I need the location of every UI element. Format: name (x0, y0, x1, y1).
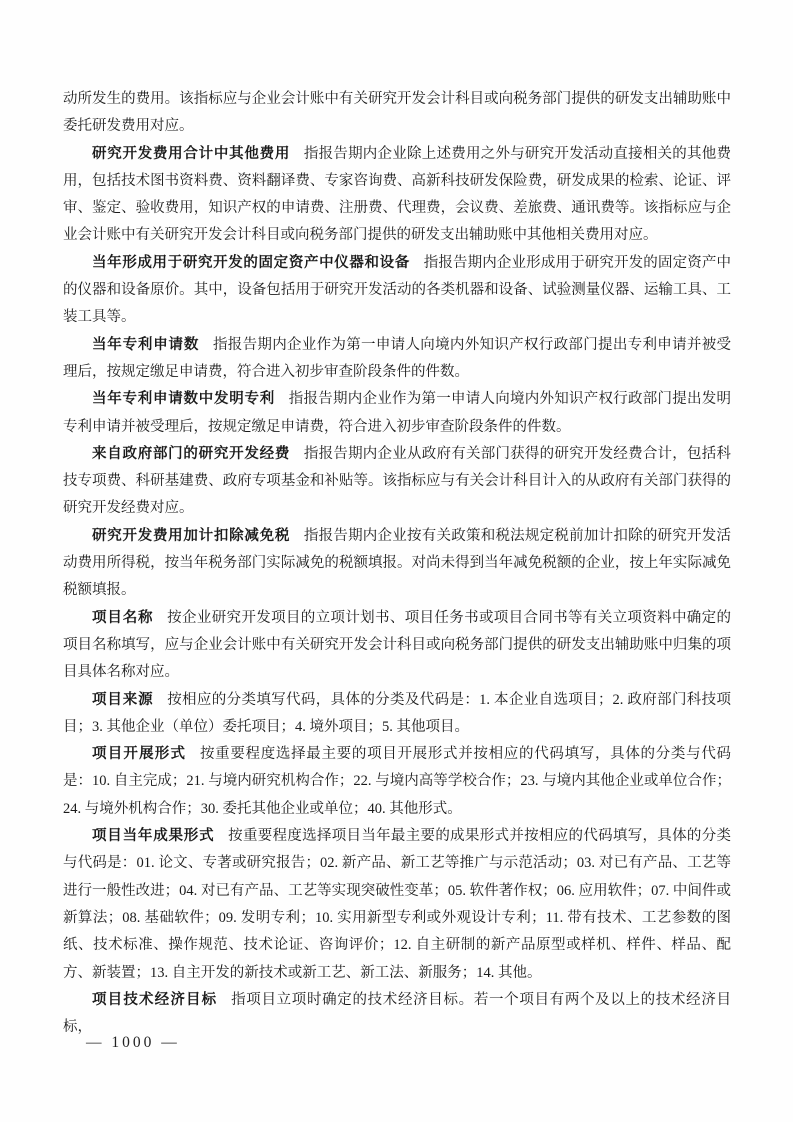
definition-paragraph: 项目名称按企业研究开发项目的立项计划书、项目任务书或项目合同书等有关立项资料中确… (63, 605, 731, 687)
definition-text: 按重要程度选择项目当年最主要的成果形式并按相应的代码填写，具体的分类与代码是：0… (63, 828, 731, 980)
definition-paragraph: 研究开发费用加计扣除减免税指报告期内企业按有关政策和税法规定税前加计扣除的研究开… (63, 523, 731, 605)
definition-text: 按企业研究开发项目的立项计划书、项目任务书或项目合同书等有关立项资料中确定的项目… (63, 610, 731, 681)
definition-paragraph: 当年形成用于研究开发的固定资产中仪器和设备指报告期内企业形成用于研究开发的固定资… (63, 250, 731, 332)
definition-paragraph-continuation: 动所发生的费用。该指标应与企业会计账中有关研究开发会计科目或向税务部门提供的研发… (63, 86, 731, 141)
definition-paragraph: 当年专利申请数中发明专利指报告期内企业作为第一申请人向境内外知识产权行政部门提出… (63, 386, 731, 441)
definition-paragraph: 项目当年成果形式按重要程度选择项目当年最主要的成果形式并按相应的代码填写，具体的… (63, 823, 731, 987)
definition-text: 动所发生的费用。该指标应与企业会计账中有关研究开发会计科目或向税务部门提供的研发… (63, 91, 731, 134)
definition-text: 按相应的分类填写代码，具体的分类及代码是：1. 本企业自选项目；2. 政府部门科… (63, 692, 731, 735)
document-page: 动所发生的费用。该指标应与企业会计账中有关研究开发会计科目或向税务部门提供的研发… (0, 0, 793, 1122)
term-label: 项目开展形式 (92, 746, 186, 762)
term-label: 项目当年成果形式 (92, 828, 214, 844)
body-text: 动所发生的费用。该指标应与企业会计账中有关研究开发会计科目或向税务部门提供的研发… (63, 86, 731, 1041)
term-label: 项目来源 (92, 692, 153, 708)
term-label: 来自政府部门的研究开发经费 (92, 446, 290, 462)
term-label: 研究开发费用合计中其他费用 (92, 146, 290, 162)
definition-paragraph: 当年专利申请数指报告期内企业作为第一申请人向境内外知识产权行政部门提出专利申请并… (63, 332, 731, 387)
term-label: 当年专利申请数 (92, 337, 199, 353)
definition-paragraph: 项目开展形式按重要程度选择最主要的项目开展形式并按相应的代码填写，具体的分类与代… (63, 741, 731, 823)
term-label: 项目技术经济目标 (92, 992, 217, 1008)
definition-paragraph: 来自政府部门的研究开发经费指报告期内企业从政府有关部门获得的研究开发经费合计，包… (63, 441, 731, 523)
page-number: — 1000 — (86, 1034, 180, 1052)
term-label: 当年形成用于研究开发的固定资产中仪器和设备 (92, 255, 410, 271)
term-label: 当年专利申请数中发明专利 (92, 391, 275, 407)
term-label: 研究开发费用加计扣除减免税 (92, 528, 290, 544)
definition-paragraph: 项目来源按相应的分类填写代码，具体的分类及代码是：1. 本企业自选项目；2. 政… (63, 687, 731, 742)
term-label: 项目名称 (92, 610, 153, 626)
definition-paragraph: 研究开发费用合计中其他费用指报告期内企业除上述费用之外与研究开发活动直接相关的其… (63, 141, 731, 250)
